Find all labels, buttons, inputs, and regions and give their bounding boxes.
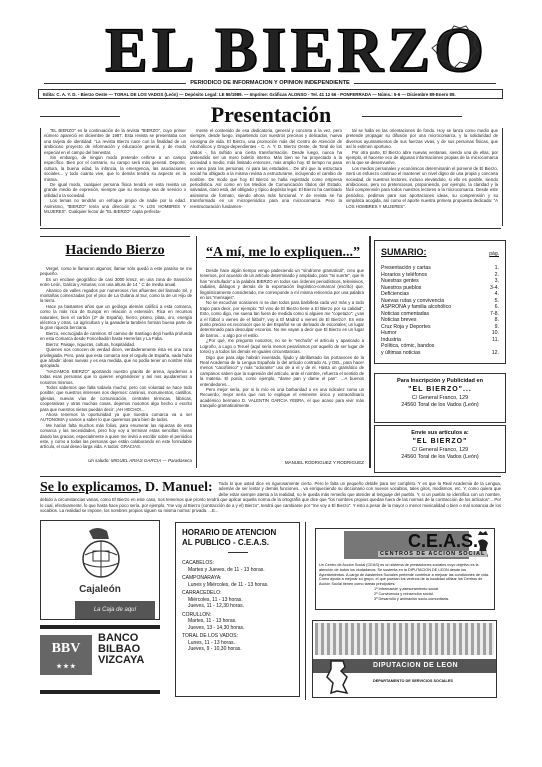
paragraph: Me harían falta muchos más folios, para …: [40, 423, 192, 450]
town-hours: Jueves, 9 - 10,30 horas.: [182, 646, 293, 653]
section-divider: [40, 476, 501, 477]
paragraph: Los temas no tendrán un enfoque propio d…: [44, 198, 186, 214]
inscripcion-address-1: C/ General Franco, 129: [377, 395, 503, 402]
paragraph: Todos sabemos que falta todavía mucho; p…: [40, 385, 192, 412]
ceas-intro: Un Centro de Acción Social (CEAS) es un …: [319, 563, 491, 587]
sumario-box: SUMARIO: pág. Presentación y cartas1. Ho…: [374, 240, 506, 364]
envie-heading: Envíe sus artículos a:: [377, 429, 503, 437]
paragraph: Por otra parte, El Bierzo abre nuevas ve…: [346, 150, 498, 166]
explicamos-title-rest: , D. Manuel:: [138, 481, 213, 495]
publication-info-bar: Edita: C. A. Y. D. - Bierzo Oeste — TORA…: [38, 89, 503, 99]
explique-body: Desde hace algún tiempo vengo padeciendo…: [200, 268, 364, 456]
paragraph: No se escuchan ocasiones ni se dan todos…: [200, 300, 364, 338]
tagline: PERIODICO DE INFORMACION Y OPINION INDEP…: [190, 80, 350, 86]
inscripcion-name: "EL BIERZO"...: [377, 385, 503, 395]
explique-signature: MANUEL RODRIGUEZ Y RODRIGUEZ: [200, 460, 364, 465]
cajaleon-name: Cajaleón: [41, 584, 159, 595]
envie-address-1: C/ General Franco, 129: [377, 447, 503, 454]
bbv-rule-top: [40, 625, 160, 629]
cajaleon-emblem-icon: [79, 525, 123, 581]
paragraph: Los medios personales y económicos deter…: [346, 166, 498, 209]
title-rule-left: [40, 116, 120, 117]
paragraph: De igual modo, cualquier persona física …: [44, 182, 186, 198]
paragraph: tal se halla en las orientaciones de fon…: [346, 128, 498, 150]
paragraph: Abanico de valles regados por numerosos …: [40, 288, 192, 304]
tagline-rule-right: [354, 83, 496, 84]
envie-box: Envíe sus artículos a: "EL BIERZO" C/ Ge…: [374, 425, 506, 473]
presentacion-title: Presentación: [0, 103, 542, 127]
column-divider: [305, 522, 306, 700]
diputacion-ad: DIPUTACION DE LEON DEPARTAMENTO DE SERVI…: [312, 620, 497, 698]
cajaleon-slogan: La Caja de aquí: [75, 601, 155, 619]
haciendo-bierzo-title: Haciendo Bierzo: [40, 243, 190, 259]
bierzo-map-icon: [430, 22, 480, 70]
sumario-title: SUMARIO:: [381, 247, 427, 257]
stars-icon: ★ ★ ★: [40, 663, 92, 671]
horario-ceas-box: HORARIO DE ATENCION AL PUBLICO - C.E.A.S…: [175, 522, 300, 697]
column-divider: [369, 236, 371, 468]
bbv-logo-text: BBV: [52, 641, 81, 656]
ceas-task: 3º Desarrollo y animación socio-comunita…: [319, 597, 491, 602]
town-hours: Lunes y Miércoles, de 11 - 13 horas.: [182, 582, 293, 589]
paragraph: Vergel, como le llamaron algunos; llamar…: [40, 266, 192, 277]
paragraph: Bierzo, encrucijada de caminos. El camin…: [40, 331, 192, 342]
paragraph: ¿Por qué, me pregunto nosotros, no se le…: [200, 338, 364, 354]
inscripcion-heading: Para Inscripción y Publicidad en: [377, 377, 503, 385]
paragraph: mente el contenido de esa dedicatoria, g…: [190, 128, 342, 209]
item-page: 11.: [492, 337, 499, 344]
paragraph: "HAGAMOS BIERZO" aportando nuestro grani…: [40, 369, 192, 385]
town-hours: Martes y Jueves, de 11 - 13 horas.: [182, 567, 293, 574]
ceas-description: Un Centro de Acción Social (CEAS) es un …: [319, 563, 491, 601]
horario-title-1: HORARIO DE ATENCION: [182, 528, 293, 538]
diputacion-department: DEPARTAMENTO DE SERVICIOS SOCIALES: [373, 679, 453, 683]
paragraph: Sin embargo, de ningún modo pretende ceñ…: [44, 155, 186, 182]
paragraph: Desde hace algún tiempo vengo padeciendo…: [200, 268, 364, 300]
bbv-name: BANCO BILBAO VIZCAYA: [98, 633, 144, 666]
ceas-ad: C.E.A.S. CENTROS DE ACCION SOCIAL Un Cen…: [315, 528, 495, 610]
sumario-item[interactable]: y últimas noticias12.: [381, 350, 499, 357]
paragraph: Pero mejor sería, por si lo mío es una b…: [200, 387, 364, 409]
section-divider: [40, 228, 501, 229]
horario-rule: [228, 552, 248, 553]
paragraph: Ahora tenemos la oportunidad ya que nues…: [40, 412, 192, 423]
tagline-rule-left: [44, 83, 186, 84]
explicamos-title: Se lo explicamos, D. Manuel:: [40, 481, 213, 495]
column-divider: [196, 236, 197, 468]
presentacion-col-2: mente el contenido de esa dedicatoria, g…: [190, 128, 342, 224]
explique-title: “A mí, me lo expliquen...”: [198, 245, 368, 261]
item-page: 12.: [492, 350, 499, 357]
inscripcion-box: Para Inscripción y Publicidad en "EL BIE…: [374, 373, 506, 423]
presentacion-col-1: "EL BIERZO" es la continuación de la rev…: [44, 128, 186, 224]
cajaleon-ad[interactable]: Cajaleón La Caja de aquí: [40, 520, 160, 620]
explicamos-article: Se lo explicamos, D. Manuel: Todo lo que…: [40, 481, 501, 521]
town-hours: Jueves, 13 - 14,30 horas.: [182, 625, 293, 632]
village-illustration: [315, 623, 494, 655]
bbv-line-3: VIZCAYA: [98, 655, 144, 666]
haciendo-bierzo-body: Vergel, como le llamaron algunos; llamar…: [40, 266, 192, 451]
tagline-row: PERIODICO DE INFORMACION Y OPINION INDEP…: [40, 78, 500, 88]
sumario-page-label: pág.: [489, 251, 499, 257]
ceas-logo: C.E.A.S.: [408, 531, 478, 552]
item-label: y últimas noticias: [381, 350, 421, 357]
paragraph: Hace ya bastantes años que un geólogo al…: [40, 304, 192, 331]
haciendo-signature: Un saludo: MIGUEL ARIAS GARCIA — Paradas…: [40, 458, 192, 463]
explicamos-title-underlined: Se lo explicamos: [40, 481, 138, 495]
title-rule-right: [362, 116, 462, 117]
town-hours: Jueves, 11 - 12,30 horas.: [182, 603, 293, 610]
haciendo-top-rule: [40, 236, 190, 237]
ceas-subtitle: CENTROS DE ACCION SOCIAL: [378, 551, 487, 557]
paragraph: Quienes nos conocen de verdad dicen, ver…: [40, 347, 192, 369]
envie-name: "EL BIERZO": [377, 437, 503, 447]
paragraph: Es un enclave geográfico de casi 3000 km…: [40, 277, 192, 288]
horario-title-2: AL PUBLICO - C.E.A.S.: [182, 538, 293, 548]
inscripcion-address-2: 24560 Toral de los Vados (León): [377, 402, 503, 409]
paragraph: "EL BIERZO" es la continuación de la rev…: [44, 128, 186, 155]
envie-address-2: 24560 Toral de los Vados (León): [377, 454, 503, 461]
bbv-logo[interactable]: BBV ★ ★ ★: [40, 635, 92, 675]
paragraph: Digo que para algo habrán inventado, fij…: [200, 355, 364, 387]
presentacion-col-3: tal se halla en las orientaciones de fon…: [346, 128, 498, 224]
bbv-rule-bottom: [40, 690, 160, 694]
lion-icon: [323, 657, 353, 695]
